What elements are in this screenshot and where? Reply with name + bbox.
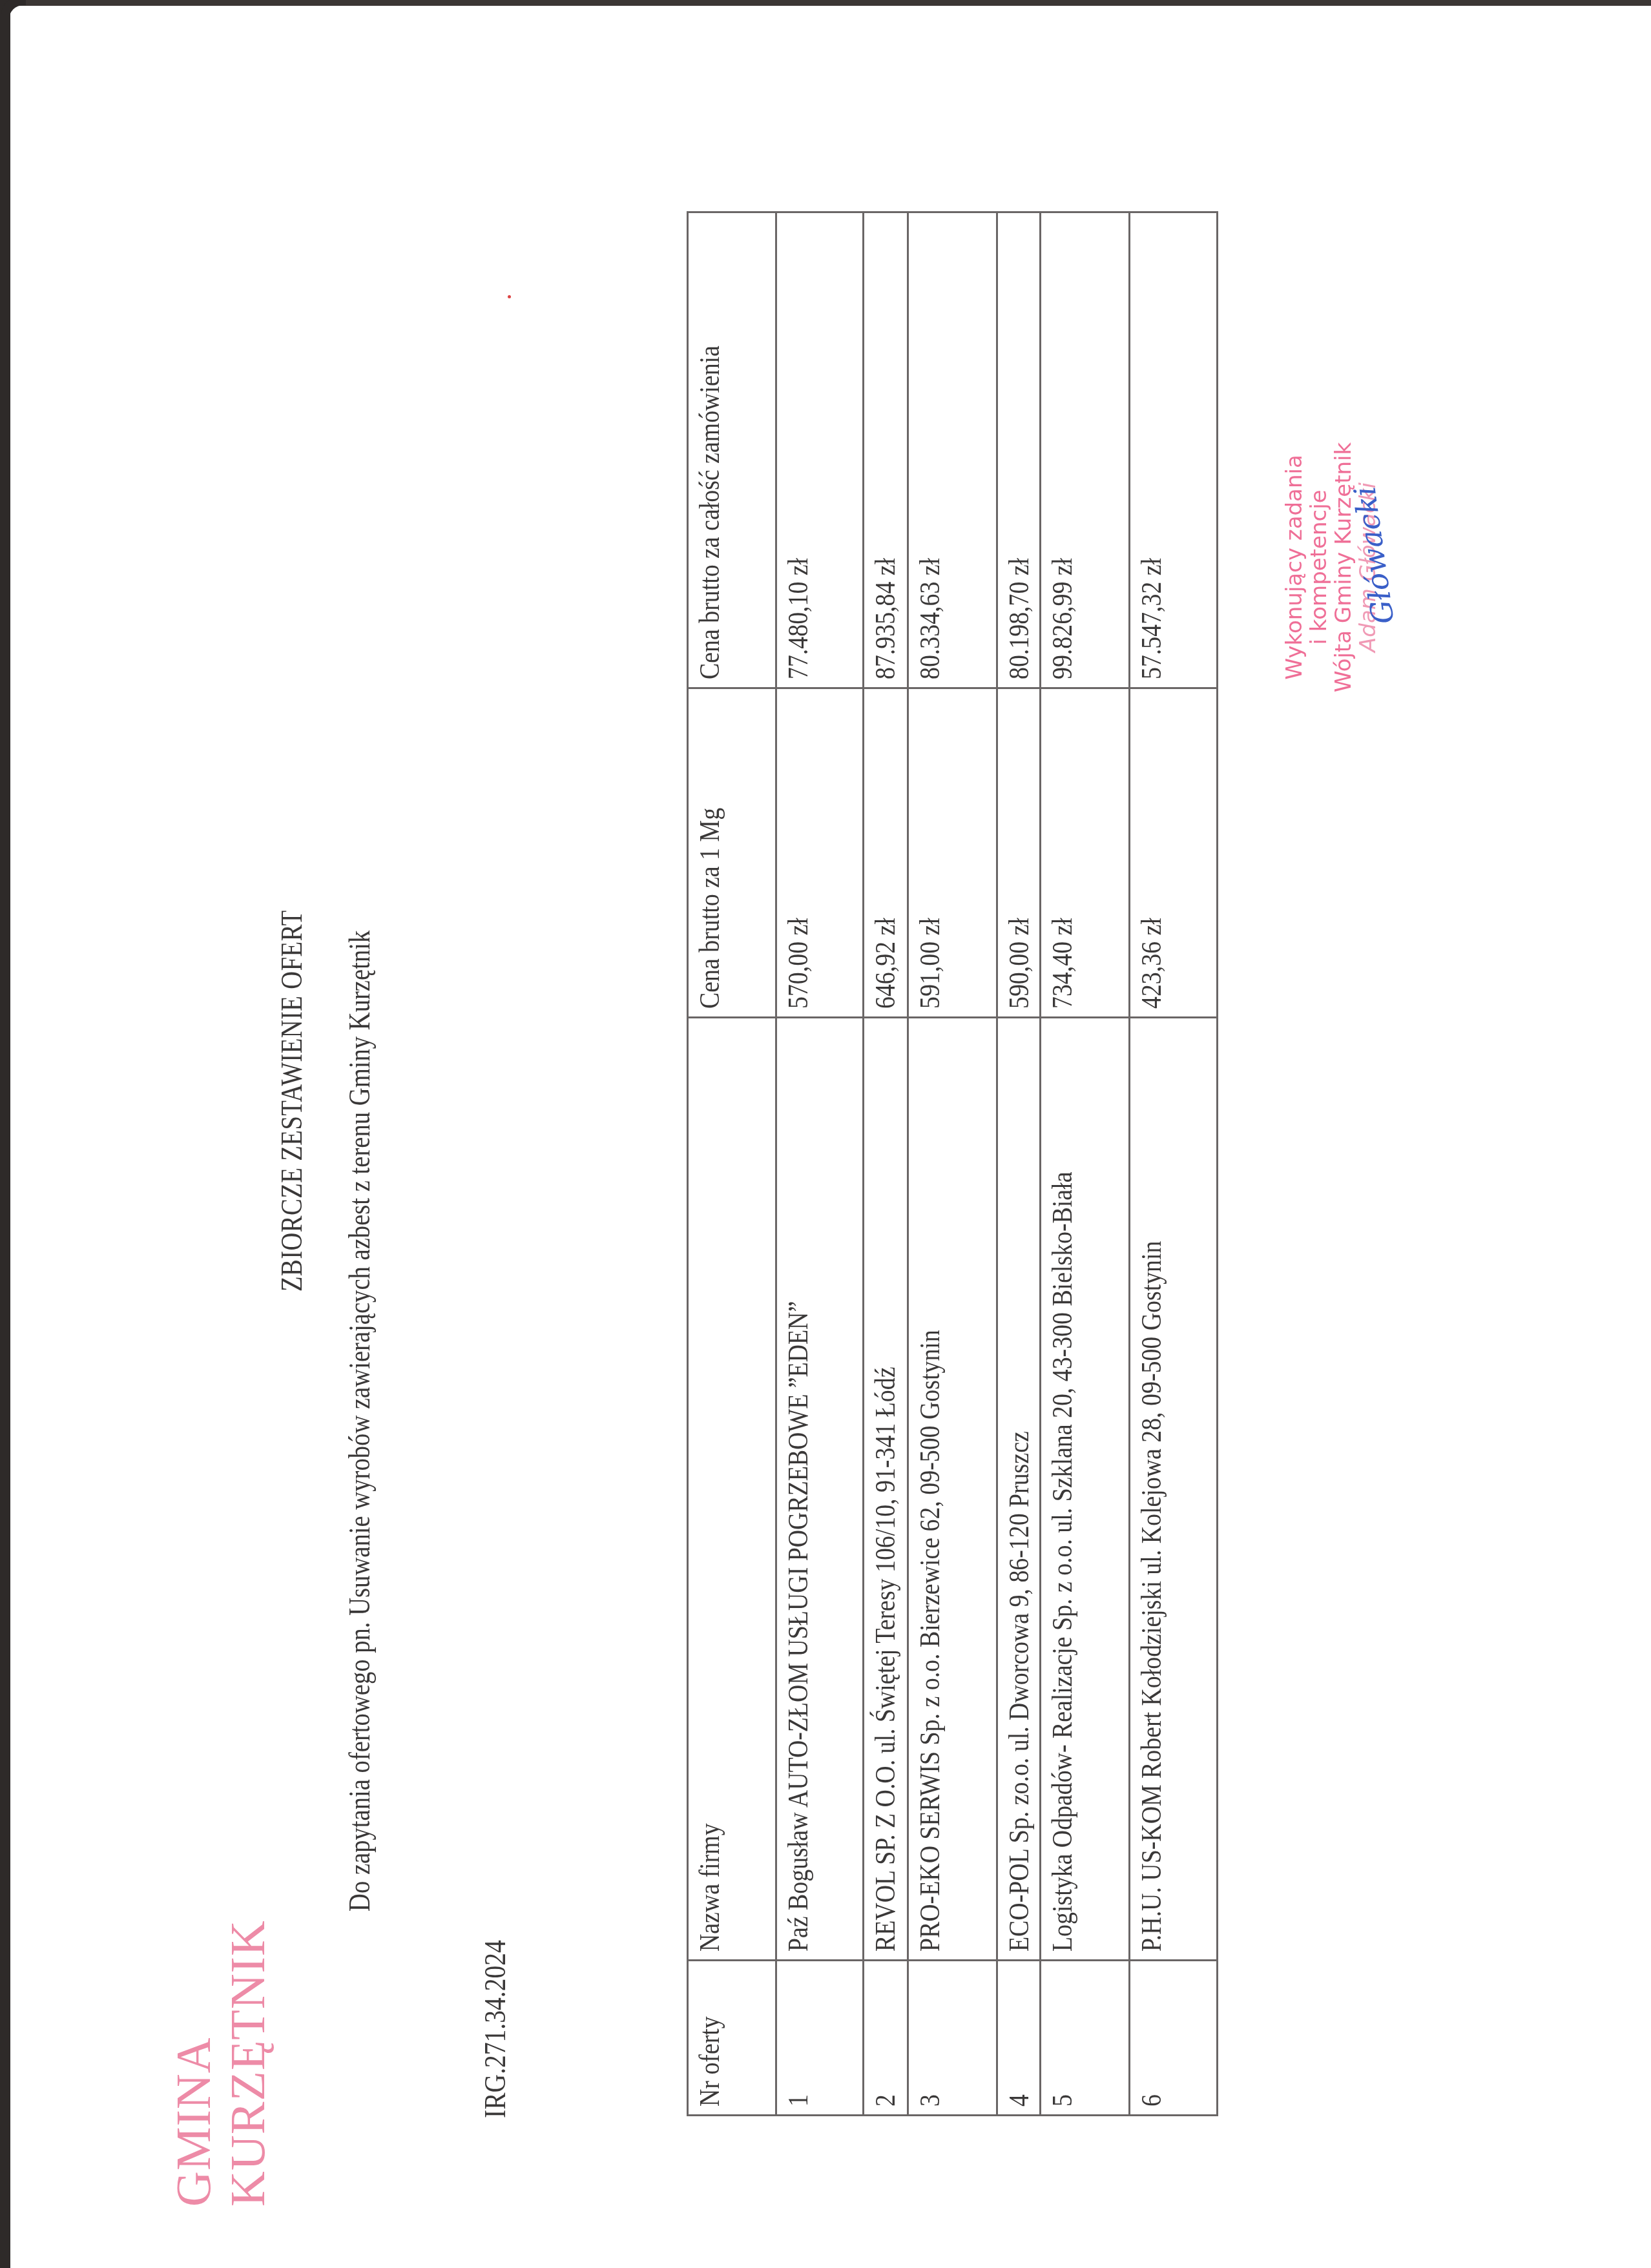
document-page: GMINA KURZĘTNIK ZBIORCZE ZESTAWIENIE OFE… [0, 0, 1651, 2268]
document-title: ZBIORCZE ZESTAWIENIE OFERT [275, 910, 309, 1292]
cell-nr: 4 [997, 1961, 1041, 2116]
cell-price-per-mg: 423,36 zł [1130, 688, 1218, 1018]
cell-nr: 1 [776, 1961, 864, 2116]
cell-price-total: 87.935,84 zł [864, 212, 908, 688]
cell-price-per-mg: 734,40 zł [1041, 688, 1130, 1018]
gmina-stamp-line1: GMINA [167, 1920, 221, 2207]
cell-name: Logistyka Odpadów- Realizacje Sp. z o.o.… [1041, 1018, 1130, 1961]
table-row: 1 Paź Bogusław AUTO-ZŁOM USŁUGI POGRZEBO… [776, 212, 864, 2116]
cell-name: ECO-POL Sp. zo.o. ul. Dworcowa 9, 86-120… [997, 1018, 1041, 1961]
table-row: 6 P.H.U. US-KOM Robert Kołodziejski ul. … [1130, 212, 1218, 2116]
header-price-per-mg: Cena brutto za 1 Mg [688, 688, 776, 1018]
document-subtitle: Do zapytania ofertowego pn. Usuwanie wyr… [342, 931, 377, 1912]
cell-price-total: 80.198,70 zł [997, 212, 1041, 688]
table-row: 3 PRO-EKO SERWIS Sp. z o.o. Bierzewice 6… [908, 212, 997, 2116]
scan-speck [508, 295, 511, 298]
header-nr: Nr oferty [688, 1961, 776, 2116]
cell-nr: 2 [864, 1961, 908, 2116]
cell-price-per-mg: 591,00 zł [908, 688, 997, 1018]
header-price-total: Cena brutto za całość zamówienia [688, 212, 776, 688]
header-name: Nazwa firmy [688, 1018, 776, 1961]
cell-price-total: 80.334,63 zł [908, 212, 997, 688]
cell-price-total: 57.547,32 zł [1130, 212, 1218, 688]
cell-nr: 3 [908, 1961, 997, 2116]
offers-table: Nr oferty Nazwa firmy Cena brutto za 1 M… [687, 211, 1218, 2116]
cell-price-per-mg: 646,92 zł [864, 688, 908, 1018]
table-row: 2 REVOL SP. Z O.O. ul. Świętej Teresy 10… [864, 212, 908, 2116]
cell-price-per-mg: 590,00 zł [997, 688, 1041, 1018]
cell-price-per-mg: 570,00 zł [776, 688, 864, 1018]
signature-stamp-line3: Wójta Gminy Kurzętnik [1331, 442, 1356, 692]
table-header-row: Nr oferty Nazwa firmy Cena brutto za 1 M… [688, 212, 776, 2116]
cell-nr: 6 [1130, 1961, 1218, 2116]
gmina-stamp-line2: KURZĘTNIK [221, 1920, 275, 2207]
cell-name: PRO-EKO SERWIS Sp. z o.o. Bierzewice 62,… [908, 1018, 997, 1961]
cell-price-total: 99.826,99 zł [1041, 212, 1130, 688]
cell-name: Paź Bogusław AUTO-ZŁOM USŁUGI POGRZEBOWE… [776, 1018, 864, 1961]
table-row: 5 Logistyka Odpadów- Realizacje Sp. z o.… [1041, 212, 1130, 2116]
reference-number: IRG.271.34.2024 [478, 1940, 512, 2118]
cell-name: P.H.U. US-KOM Robert Kołodziejski ul. Ko… [1130, 1018, 1218, 1961]
table-row: 4 ECO-POL Sp. zo.o. ul. Dworcowa 9, 86-1… [997, 212, 1041, 2116]
signature-stamp-line1: Wykonujący zadania [1282, 442, 1307, 692]
cell-price-total: 77.480,10 zł [776, 212, 864, 688]
gmina-stamp: GMINA KURZĘTNIK [167, 1920, 275, 2207]
signature-stamp-line2: i kompetencje [1307, 442, 1331, 692]
cell-name: REVOL SP. Z O.O. ul. Świętej Teresy 106/… [864, 1018, 908, 1961]
cell-nr: 5 [1041, 1961, 1130, 2116]
